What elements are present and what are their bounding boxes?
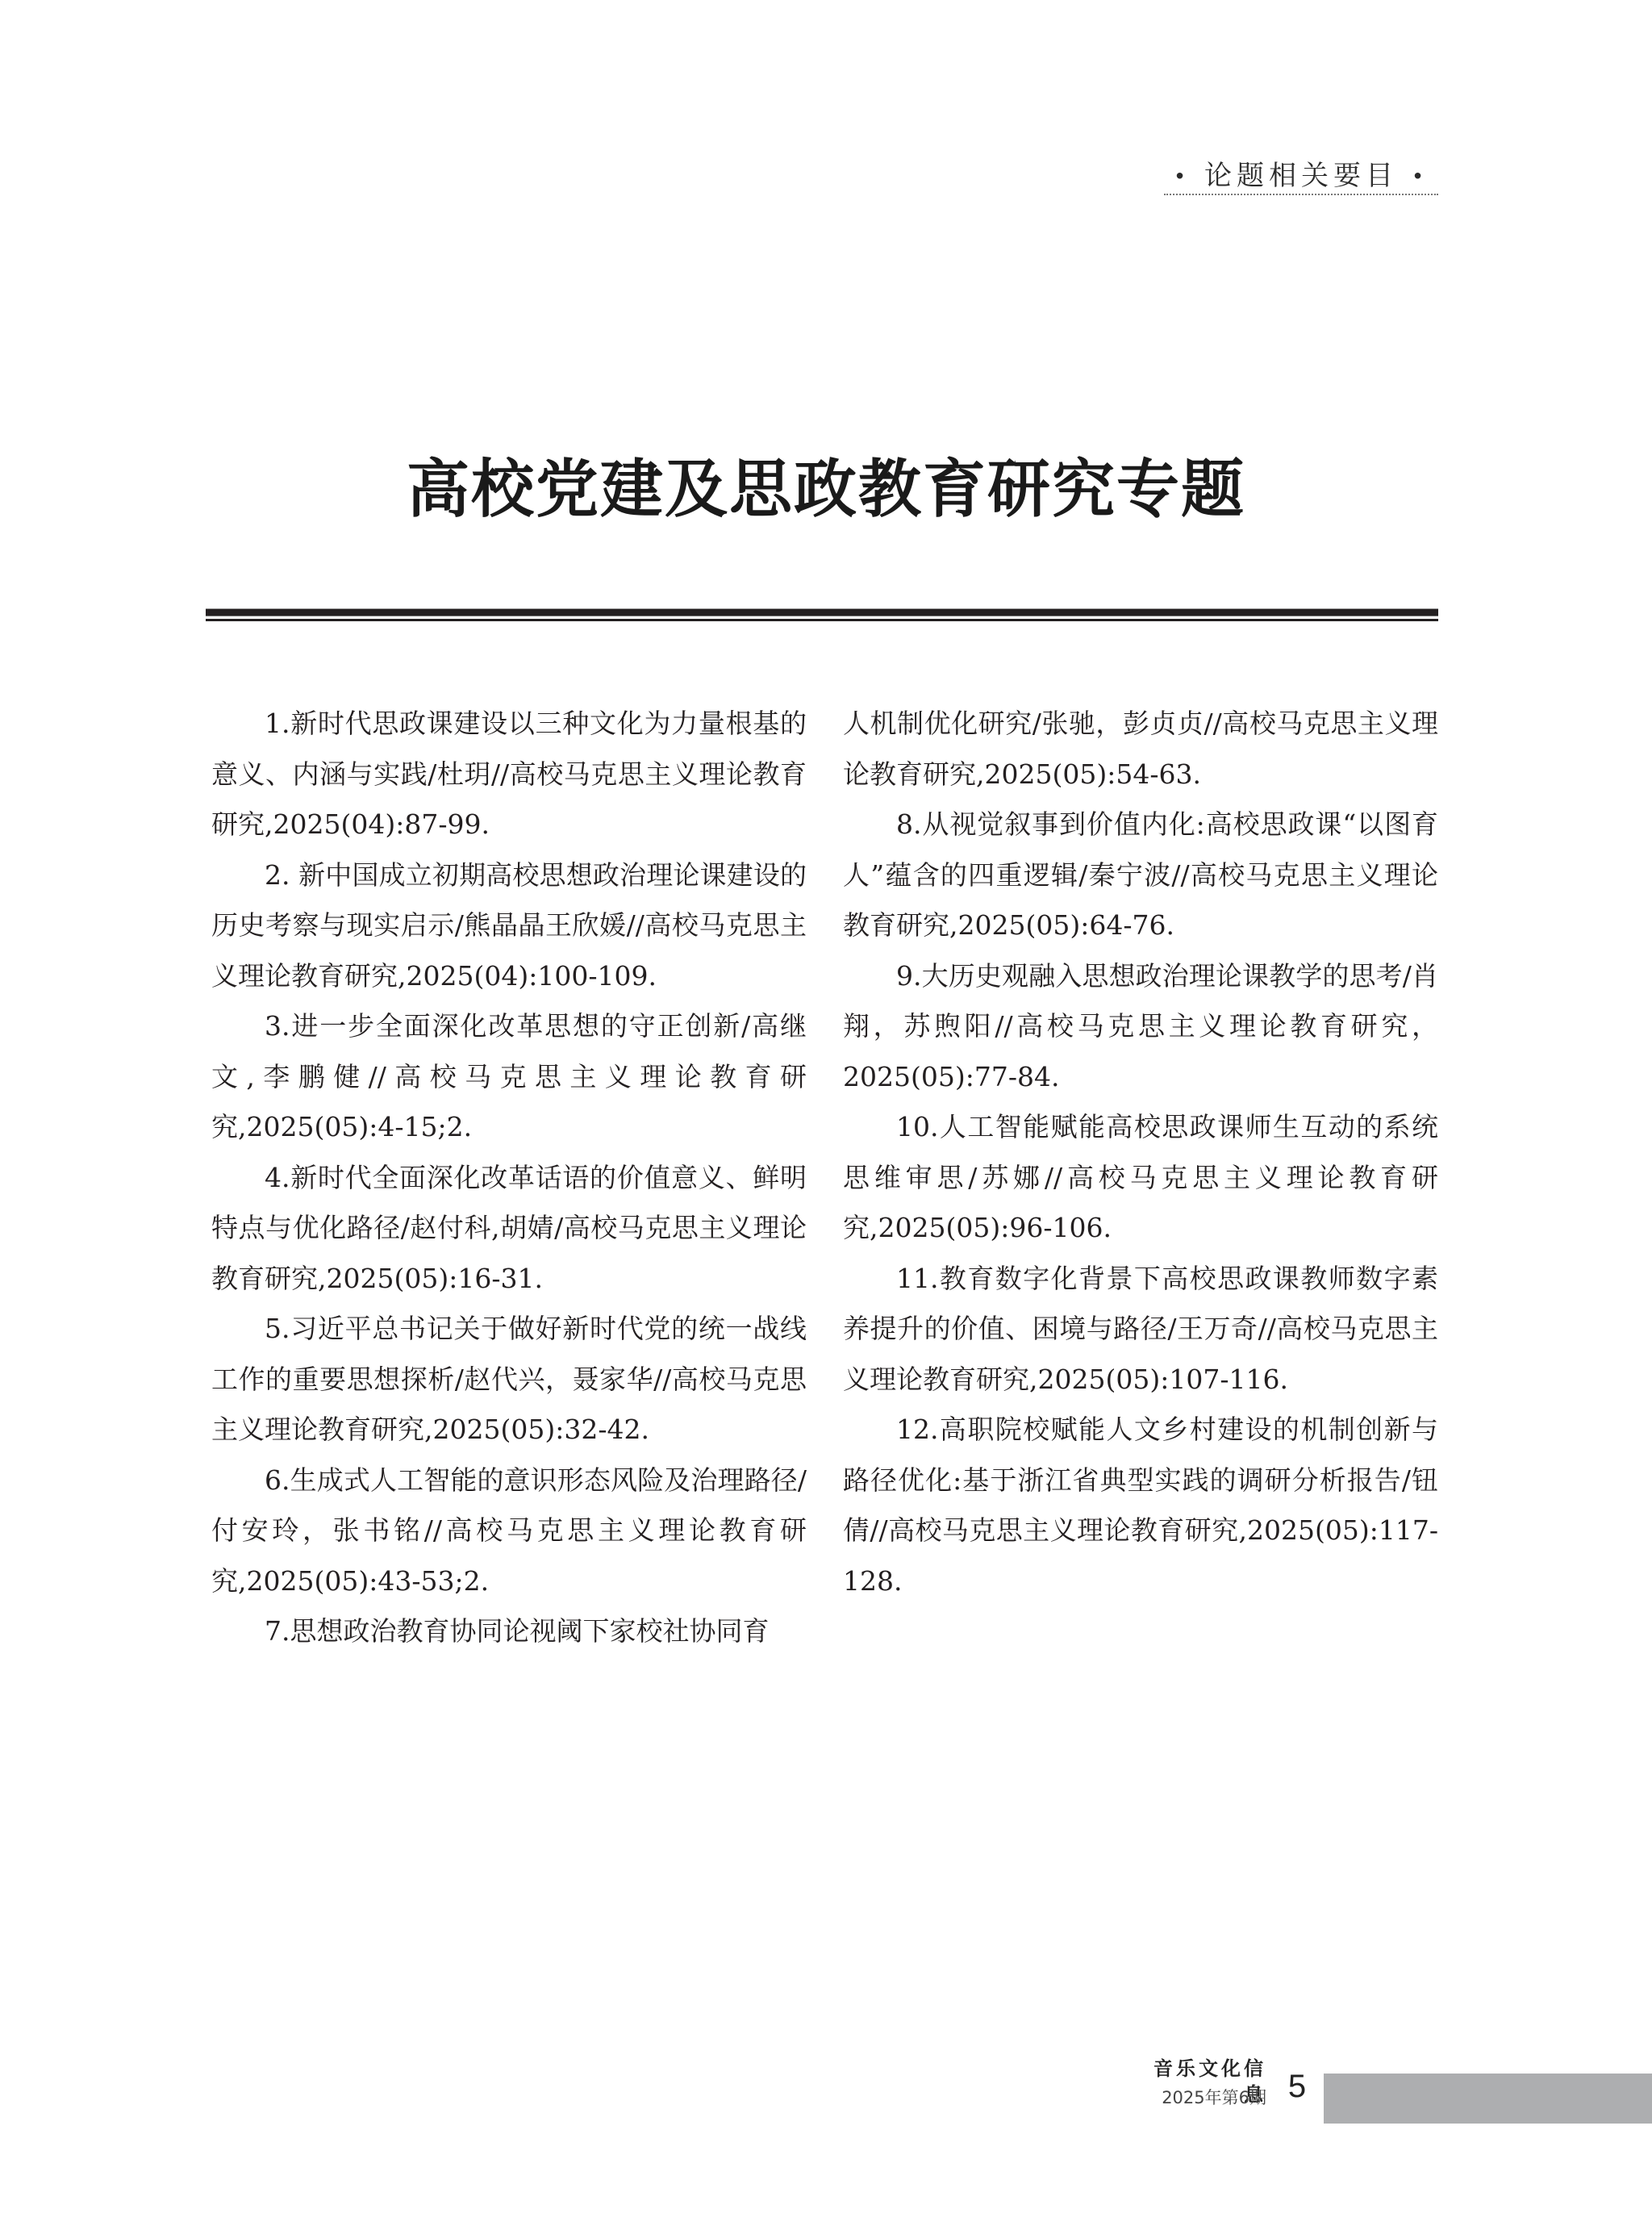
section-tag-label: 论题相关要目 bbox=[1204, 160, 1398, 192]
left-column: 1.新时代思政课建设以三种文化为力量根基的意义、内涵与实践/杜玥//高校马克思主… bbox=[211, 699, 807, 1657]
reference-entry: 3.进一步全面深化改革思想的守正创新/高继文,李鹏健//高校马克思主义理论教育研… bbox=[211, 1001, 807, 1153]
reference-entry: 6.生成式人工智能的意识形态风险及治理路径/付安玲，张书铭//高校马克思主义理论… bbox=[211, 1455, 807, 1607]
reference-entry: 10.人工智能赋能高校思政课师生互动的系统思维审思/苏娜//高校马克思主义理论教… bbox=[843, 1102, 1438, 1254]
title-rule-thick bbox=[206, 608, 1438, 616]
reference-entry: 8.从视觉叙事到价值内化:高校思政课“以图育人”蕴含的四重逻辑/秦宁波//高校马… bbox=[843, 800, 1438, 951]
reference-entry: 2. 新中国成立初期高校思想政治理论课建设的历史考察与现实启示/熊晶晶王欣媛//… bbox=[211, 850, 807, 1002]
reference-entry-continued: 人机制优化研究/张驰，彭贞贞//高校马克思主义理论教育研究,2025(05):5… bbox=[843, 699, 1438, 800]
reference-entry: 1.新时代思政课建设以三种文化为力量根基的意义、内涵与实践/杜玥//高校马克思主… bbox=[211, 699, 807, 850]
reference-entry: 11.教育数字化背景下高校思政课教师数字素养提升的价值、困境与路径/王万奇//高… bbox=[843, 1254, 1438, 1405]
page-title: 高校党建及思政教育研究专题 bbox=[0, 449, 1652, 530]
section-tag: • 论题相关要目 • bbox=[1164, 158, 1438, 195]
footer-gray-bar bbox=[1324, 2074, 1652, 2124]
reference-entry: 12.高职院校赋能人文乡村建设的机制创新与路径优化:基于浙江省典型实践的调研分析… bbox=[843, 1405, 1438, 1606]
reference-entry: 7.思想政治教育协同论视阈下家校社协同育 bbox=[211, 1606, 807, 1657]
bullet-dot-icon: • bbox=[1412, 165, 1429, 190]
reference-entry: 4.新时代全面深化改革话语的价值意义、鲜明特点与优化路径/赵付科,胡婧/高校马克… bbox=[211, 1153, 807, 1305]
section-tag-dotted-rule bbox=[1164, 194, 1438, 195]
reference-entry: 9.大历史观融入思想政治理论课教学的思考/肖翔，苏煦阳//高校马克思主义理论教育… bbox=[843, 951, 1438, 1103]
page-number: 5 bbox=[1281, 2067, 1313, 2106]
issue-label: 2025年第6期 bbox=[1145, 2086, 1266, 2109]
bullet-dot-icon: • bbox=[1174, 165, 1191, 190]
reference-entry: 5.习近平总书记关于做好新时代党的统一战线工作的重要思想探析/赵代兴，聂家华//… bbox=[211, 1304, 807, 1455]
title-rule-thin bbox=[206, 619, 1438, 621]
right-column: 人机制优化研究/张驰，彭贞贞//高校马克思主义理论教育研究,2025(05):5… bbox=[843, 699, 1438, 1606]
